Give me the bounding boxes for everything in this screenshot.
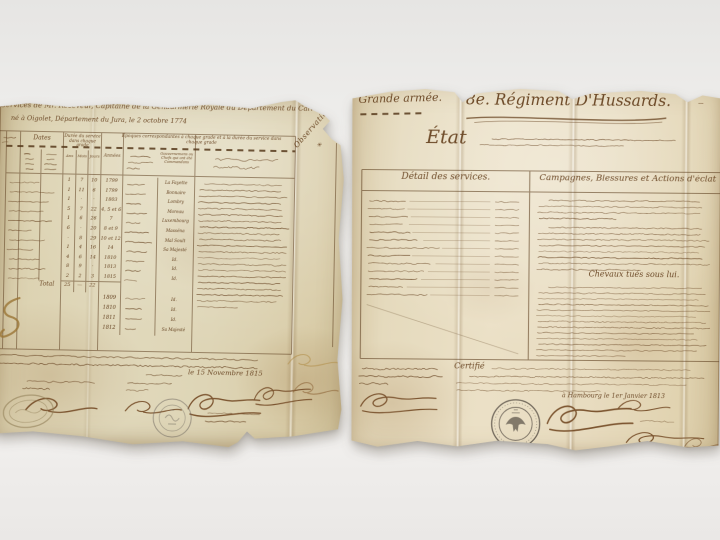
signature-caption-script <box>636 417 680 425</box>
chef-cell: Id. <box>155 304 192 315</box>
jours-cell: · <box>87 195 100 205</box>
mois-cell: 2 <box>74 272 86 282</box>
chefs-subheader: Gouvernemens ou Chefs qui ont été Comman… <box>158 153 195 166</box>
ans-subheader: Ans <box>63 154 76 158</box>
observations-paragraph-script <box>194 180 293 314</box>
total-jours: 22 <box>86 283 99 289</box>
campaigns-column-header: Campagnes, Blessures et Actions d'éclat <box>534 174 720 185</box>
date-subheader-script <box>22 151 39 171</box>
date-prefix-script <box>142 370 186 379</box>
service-table-rows: 1 7 10 1799 La Fayette 1 11 6 1799 Bonna… <box>61 176 195 284</box>
total-ans: 25 <box>61 283 74 289</box>
jours-subheader: Jours <box>88 154 101 158</box>
grade-cell-spacer <box>120 303 155 314</box>
cut-column-header-script <box>0 135 18 145</box>
annee-cell: 1810 <box>98 303 120 313</box>
signature-flourish <box>616 397 672 415</box>
total-mois: — <box>74 283 86 289</box>
annee-cell: 1810 <box>99 253 121 263</box>
chef-cell: Id. <box>156 273 193 283</box>
ans-cell: 1 <box>62 214 75 224</box>
annee-cell: 1799 <box>101 177 123 187</box>
corner-flourish <box>0 295 24 341</box>
mois-cell: · <box>75 224 87 234</box>
mois-subheader: Mois <box>76 154 88 158</box>
mois-cell: 4 <box>74 243 86 253</box>
chef-cell: Sa Majesté <box>155 324 192 335</box>
chef-cell: Id. <box>155 314 192 325</box>
annee-cell: 1812 <box>98 323 120 333</box>
jours-cell: 20 <box>87 224 100 234</box>
detail-subheader-script <box>210 155 280 172</box>
grade-cell-spacer <box>120 293 155 304</box>
ans-cell: 1 <box>62 185 75 195</box>
jours-cell: 29 <box>87 234 100 244</box>
mois-cell: · <box>75 195 87 205</box>
certification-date: le 15 Novembre 1815 <box>188 369 263 378</box>
signature-flourish <box>286 350 340 371</box>
signature-caption-script <box>122 379 178 395</box>
right-document-paper: Grande armée. 8e. Régiment D'Hussards. É… <box>347 82 720 457</box>
annees-subheader: Années <box>101 155 123 160</box>
horses-section-header: Chevaux tués sous lui. <box>559 270 709 280</box>
jours-cell: 6 <box>87 186 100 196</box>
ans-cell: 6 <box>62 224 75 234</box>
services-column-header: Détail des services. <box>364 173 528 184</box>
annee-cell: 1815 <box>99 272 121 282</box>
total-label: Total <box>34 281 60 288</box>
mois-cell: 6 <box>75 214 87 224</box>
jours-cell: 16 <box>86 243 99 253</box>
annee-cell: 8 et 9 <box>100 224 122 234</box>
mois-cell: 11 <box>75 186 87 196</box>
campaigns-paragraph-script <box>535 224 717 276</box>
signature-flourish <box>683 435 720 451</box>
chef-cell: Id. <box>155 294 192 305</box>
annee-cell: 1813 <box>99 263 121 273</box>
mois-cell: 7 <box>75 205 87 215</box>
mois-cell: 6 <box>74 252 86 262</box>
jours-cell: 26 <box>87 215 100 225</box>
ans-cell: 5 <box>62 205 75 215</box>
ans-cell: 1 <box>63 176 76 186</box>
ans-cell: 2 <box>61 271 74 281</box>
eagle-stamp-icon <box>487 398 543 450</box>
mois-cell: 9 <box>74 262 86 272</box>
jours-cell: 10 <box>88 176 101 186</box>
grade-cell-spacer <box>121 272 156 282</box>
annee-cell: 4, 5 et 6 <box>100 205 122 215</box>
mois-cell: 8 <box>75 233 87 243</box>
duration-header: Durée du service dans chaque grade <box>63 134 101 149</box>
dates-column-script <box>5 177 61 284</box>
signature-flourish <box>358 388 440 415</box>
ans-cell: 8 <box>61 262 74 272</box>
ans-cell: 1 <box>61 243 74 253</box>
grade-cell-spacer <box>120 323 155 334</box>
vu-par-script <box>356 364 448 388</box>
photo-backdrop: Services de Mr. Receveur, Capitaine de l… <box>0 0 720 540</box>
dates-header: Dates <box>20 135 63 142</box>
grade-subheader-script <box>125 153 155 172</box>
oval-stamp-icon <box>0 390 57 432</box>
ans-cell: 4 <box>61 252 74 262</box>
annee-cell: 14 <box>99 243 121 253</box>
certified-word: Certifié <box>454 362 485 371</box>
round-stamp-icon <box>151 396 194 441</box>
jours-cell: · <box>86 262 99 272</box>
ans-cell: · <box>62 233 75 243</box>
annee-cell: 10 et 12 <box>100 234 122 244</box>
annee-cell: 7 <box>100 215 122 225</box>
horses-list-script <box>534 284 717 362</box>
asterisk-mark: ✳ <box>316 143 321 150</box>
jours-cell: 22 <box>87 205 100 215</box>
right-document: Grande armée. 8e. Régiment D'Hussards. É… <box>347 82 720 457</box>
jours-cell: 14 <box>86 253 99 263</box>
signature-flourish <box>292 378 340 399</box>
left-document-paper: Services de Mr. Receveur, Capitaine de l… <box>0 93 351 452</box>
annee-cell: 1811 <box>98 313 120 323</box>
jours-cell: 3 <box>86 272 99 282</box>
annee-cell: 1799 <box>100 186 122 196</box>
signature-caption-script <box>20 377 104 394</box>
grade-cell-spacer <box>120 313 155 324</box>
annee-cell: 1809 <box>98 293 120 303</box>
annee-cell: 1803 <box>100 196 122 206</box>
extra-year-rows: 1809 Id. 1810 Id. 1811 Id. 1812 Sa Majes… <box>98 293 193 335</box>
date-subheader-script <box>43 152 60 172</box>
service-entries-script <box>365 197 526 302</box>
mois-cell: 7 <box>76 176 88 186</box>
ans-cell: 1 <box>62 195 75 205</box>
left-document: Services de Mr. Receveur, Capitaine de l… <box>0 93 351 452</box>
campaigns-paragraph-script <box>535 197 717 225</box>
